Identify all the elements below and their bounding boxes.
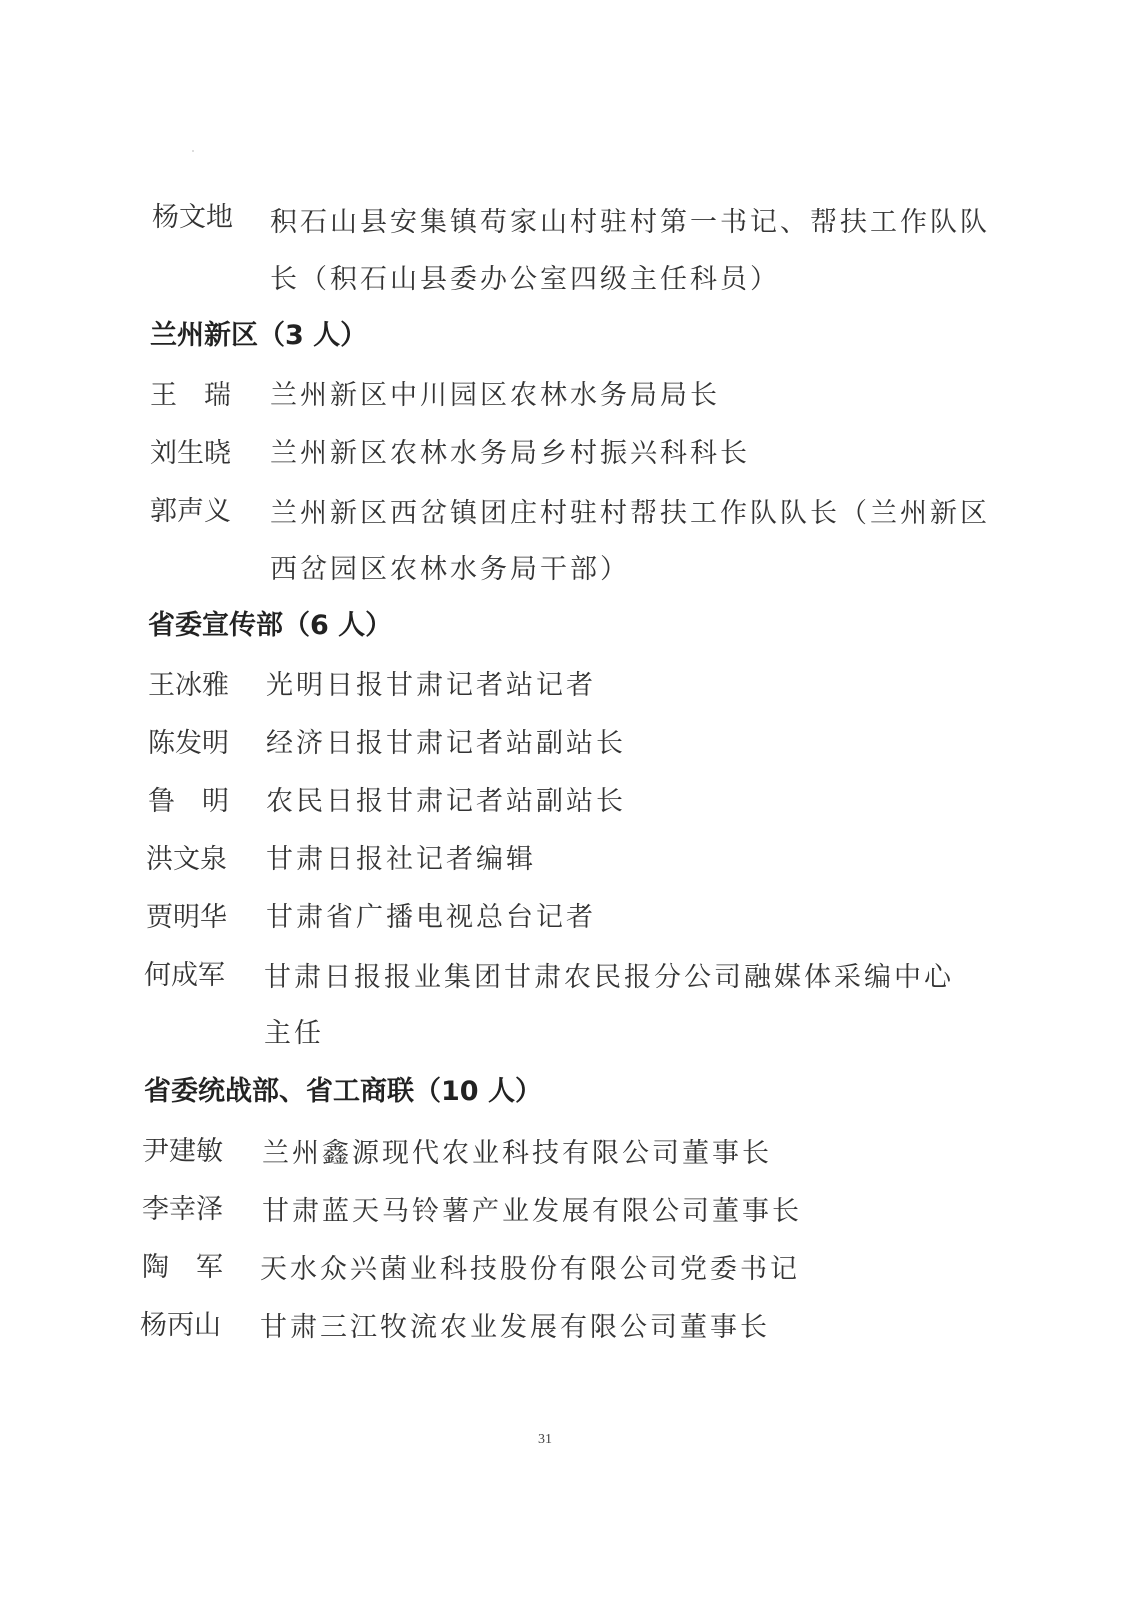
scan-speck [192,150,194,152]
entry-name: 刘生晓 [150,436,231,472]
entry-description: 甘肃日报报业集团甘肃农民报分公司融媒体采编中心 [264,960,954,996]
entry-name: 王 瑞 [150,378,231,414]
entry-description: 经济日报甘肃记者站副站长 [266,726,626,762]
entry-description: 甘肃省广播电视总台记者 [266,900,596,936]
entry-name: 何成军 [144,958,225,994]
section-heading: 兰州新区（3 人） [150,318,367,354]
entry-name: 杨丙山 [140,1308,221,1344]
section-heading: 省委统战部、省工商联（10 人） [144,1074,542,1110]
entry-description: 兰州新区中川园区农林水务局局长 [270,378,720,414]
entry-description: 兰州新区农林水务局乡村振兴科科长 [270,436,750,472]
entry-description: 光明日报甘肃记者站记者 [266,668,596,704]
entry-description: 兰州鑫源现代农业科技有限公司董事长 [262,1136,772,1172]
entry-name: 李幸泽 [142,1192,223,1228]
entry-description: 甘肃蓝天马铃薯产业发展有限公司董事长 [262,1194,802,1230]
entry-name: 陈发明 [148,726,229,762]
entry-name: 洪文泉 [146,842,227,878]
entry-description: 甘肃三江牧流农业发展有限公司董事长 [260,1310,770,1346]
entry-name: 尹建敏 [142,1134,223,1170]
entry-description-continued: 长（积石山县委办公室四级主任科员） [270,262,780,298]
entry-name: 王冰雅 [148,668,229,704]
document-page: 杨文地 积石山县安集镇苟家山村驻村第一书记、帮扶工作队队 长（积石山县委办公室四… [0,0,1132,1600]
entry-description-continued: 西岔园区农林水务局干部） [270,552,630,588]
entry-description-continued: 主任 [264,1016,324,1052]
entry-name: 贾明华 [146,900,227,936]
entry-description: 兰州新区西岔镇团庄村驻村帮扶工作队队长（兰州新区 [270,496,990,532]
page-number: 31 [538,1432,552,1448]
entry-name: 杨文地 [152,200,233,236]
entry-name: 郭声义 [150,494,231,530]
entry-description: 天水众兴菌业科技股份有限公司党委书记 [260,1252,800,1288]
entry-name: 鲁 明 [148,784,229,820]
entry-name: 陶 军 [142,1250,223,1286]
entry-description: 积石山县安集镇苟家山村驻村第一书记、帮扶工作队队 [270,205,990,241]
entry-description: 甘肃日报社记者编辑 [266,842,536,878]
section-heading: 省委宣传部（6 人） [148,608,392,644]
entry-description: 农民日报甘肃记者站副站长 [266,784,626,820]
